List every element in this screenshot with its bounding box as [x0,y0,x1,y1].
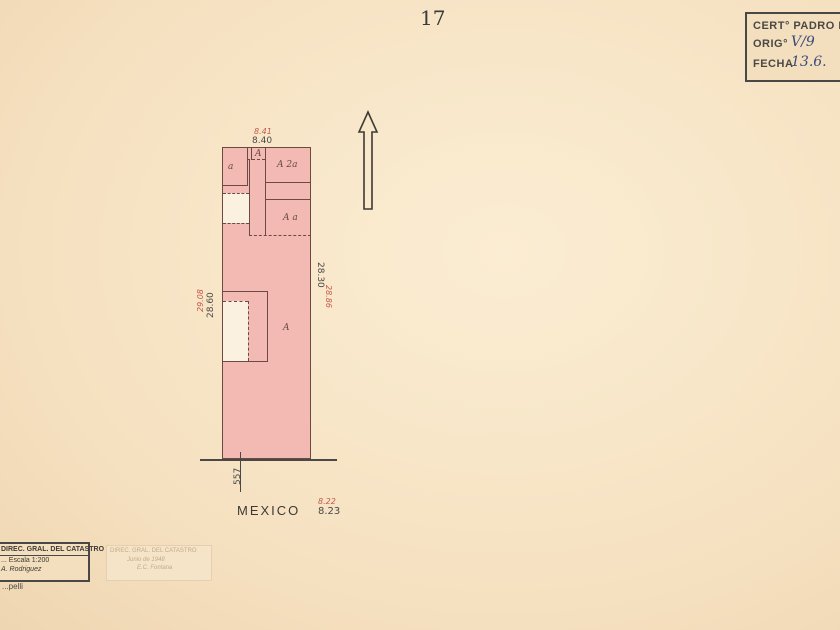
left-depth: 28.60 [206,292,216,318]
front-width-red: 8.41 [254,127,272,136]
property-plot: a A A 2a A a A [222,147,311,459]
faded-stamp-date: Junio de 1948 [107,556,211,564]
front-width: 8.40 [252,136,272,146]
room-label-A-2a: A 2a [277,160,297,170]
right-depth: 28.30 [315,262,325,288]
catastro-stamp-drawer: A. Rodriguez [0,565,88,574]
street-number-red: 8.22 [318,497,336,506]
stamp-fecha-value: 13.6. [791,54,827,70]
stamp-fecha-label: FECHA [753,58,793,70]
room-label-A-small: A [255,149,262,159]
street-offset: 557 [233,468,243,485]
street-name: MEXICO [237,503,300,518]
room-label-Aa: A a [283,213,298,223]
registry-stamp: CERT° PADRO N° ORIG° V/9 FECHA 13.6. [745,12,840,82]
street-number: 8.23 [318,506,340,517]
right-depth-red: 28.86 [324,285,333,308]
room-label-A: A [283,323,290,333]
faded-stamp-signer: E.C. Fontana [107,564,211,572]
catastro-stamp-footer: ...pelli [2,582,23,591]
catastro-stamp: DIREC. GRAL. DEL CATASTRO ... Escala 1:2… [0,542,90,582]
street-frontage-line [200,459,337,461]
faded-stamp-title: DIREC. GRAL. DEL CATASTRO [107,546,211,556]
catastro-stamp-scale: ... Escala 1:200 [0,556,88,565]
north-arrow-icon [357,110,379,212]
stamp-orig-value: V/9 [791,34,815,50]
room-label-a: a [228,162,233,172]
stamp-orig-label: ORIG° [753,38,788,50]
catastro-stamp-title: DIREC. GRAL. DEL CATASTRO [0,544,88,556]
left-depth-red: 29.08 [196,289,205,312]
faded-stamp: DIREC. GRAL. DEL CATASTRO Junio de 1948 … [106,545,212,581]
page-number: 17 [420,6,445,30]
stamp-padron-label: CERT° PADRO N° [753,20,840,32]
